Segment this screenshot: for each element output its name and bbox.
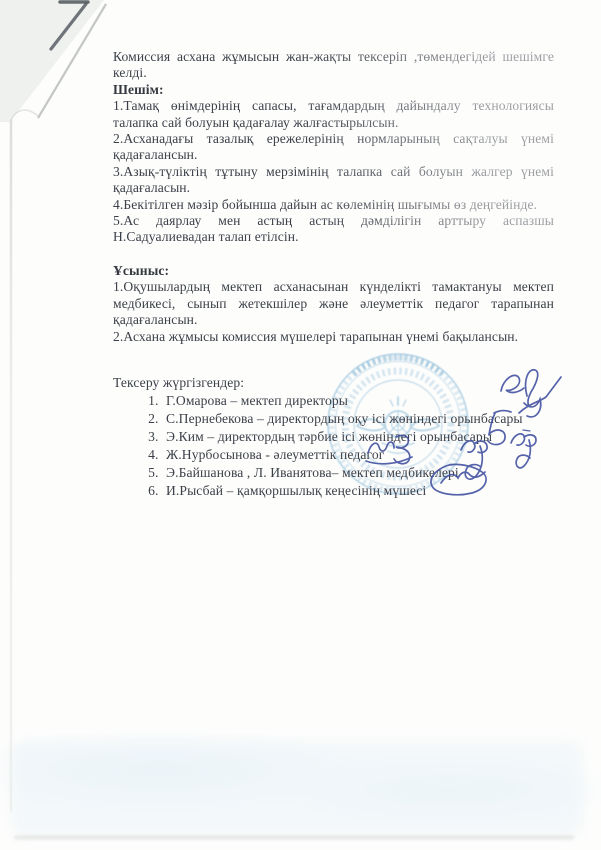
signature-director (501, 370, 561, 431)
signature-social-pedagogue (366, 435, 412, 463)
signatures-layer (0, 0, 601, 850)
signature-trustee (431, 464, 486, 494)
signature-deputy-kim (488, 411, 511, 445)
signature-nurse-2 (511, 434, 536, 468)
scanned-document-page: { "document": { "intro": "Комиссия асхан… (0, 0, 601, 850)
paper-scan-background: Комиссия асхана жұмысын жан-жақты тексер… (0, 0, 601, 850)
